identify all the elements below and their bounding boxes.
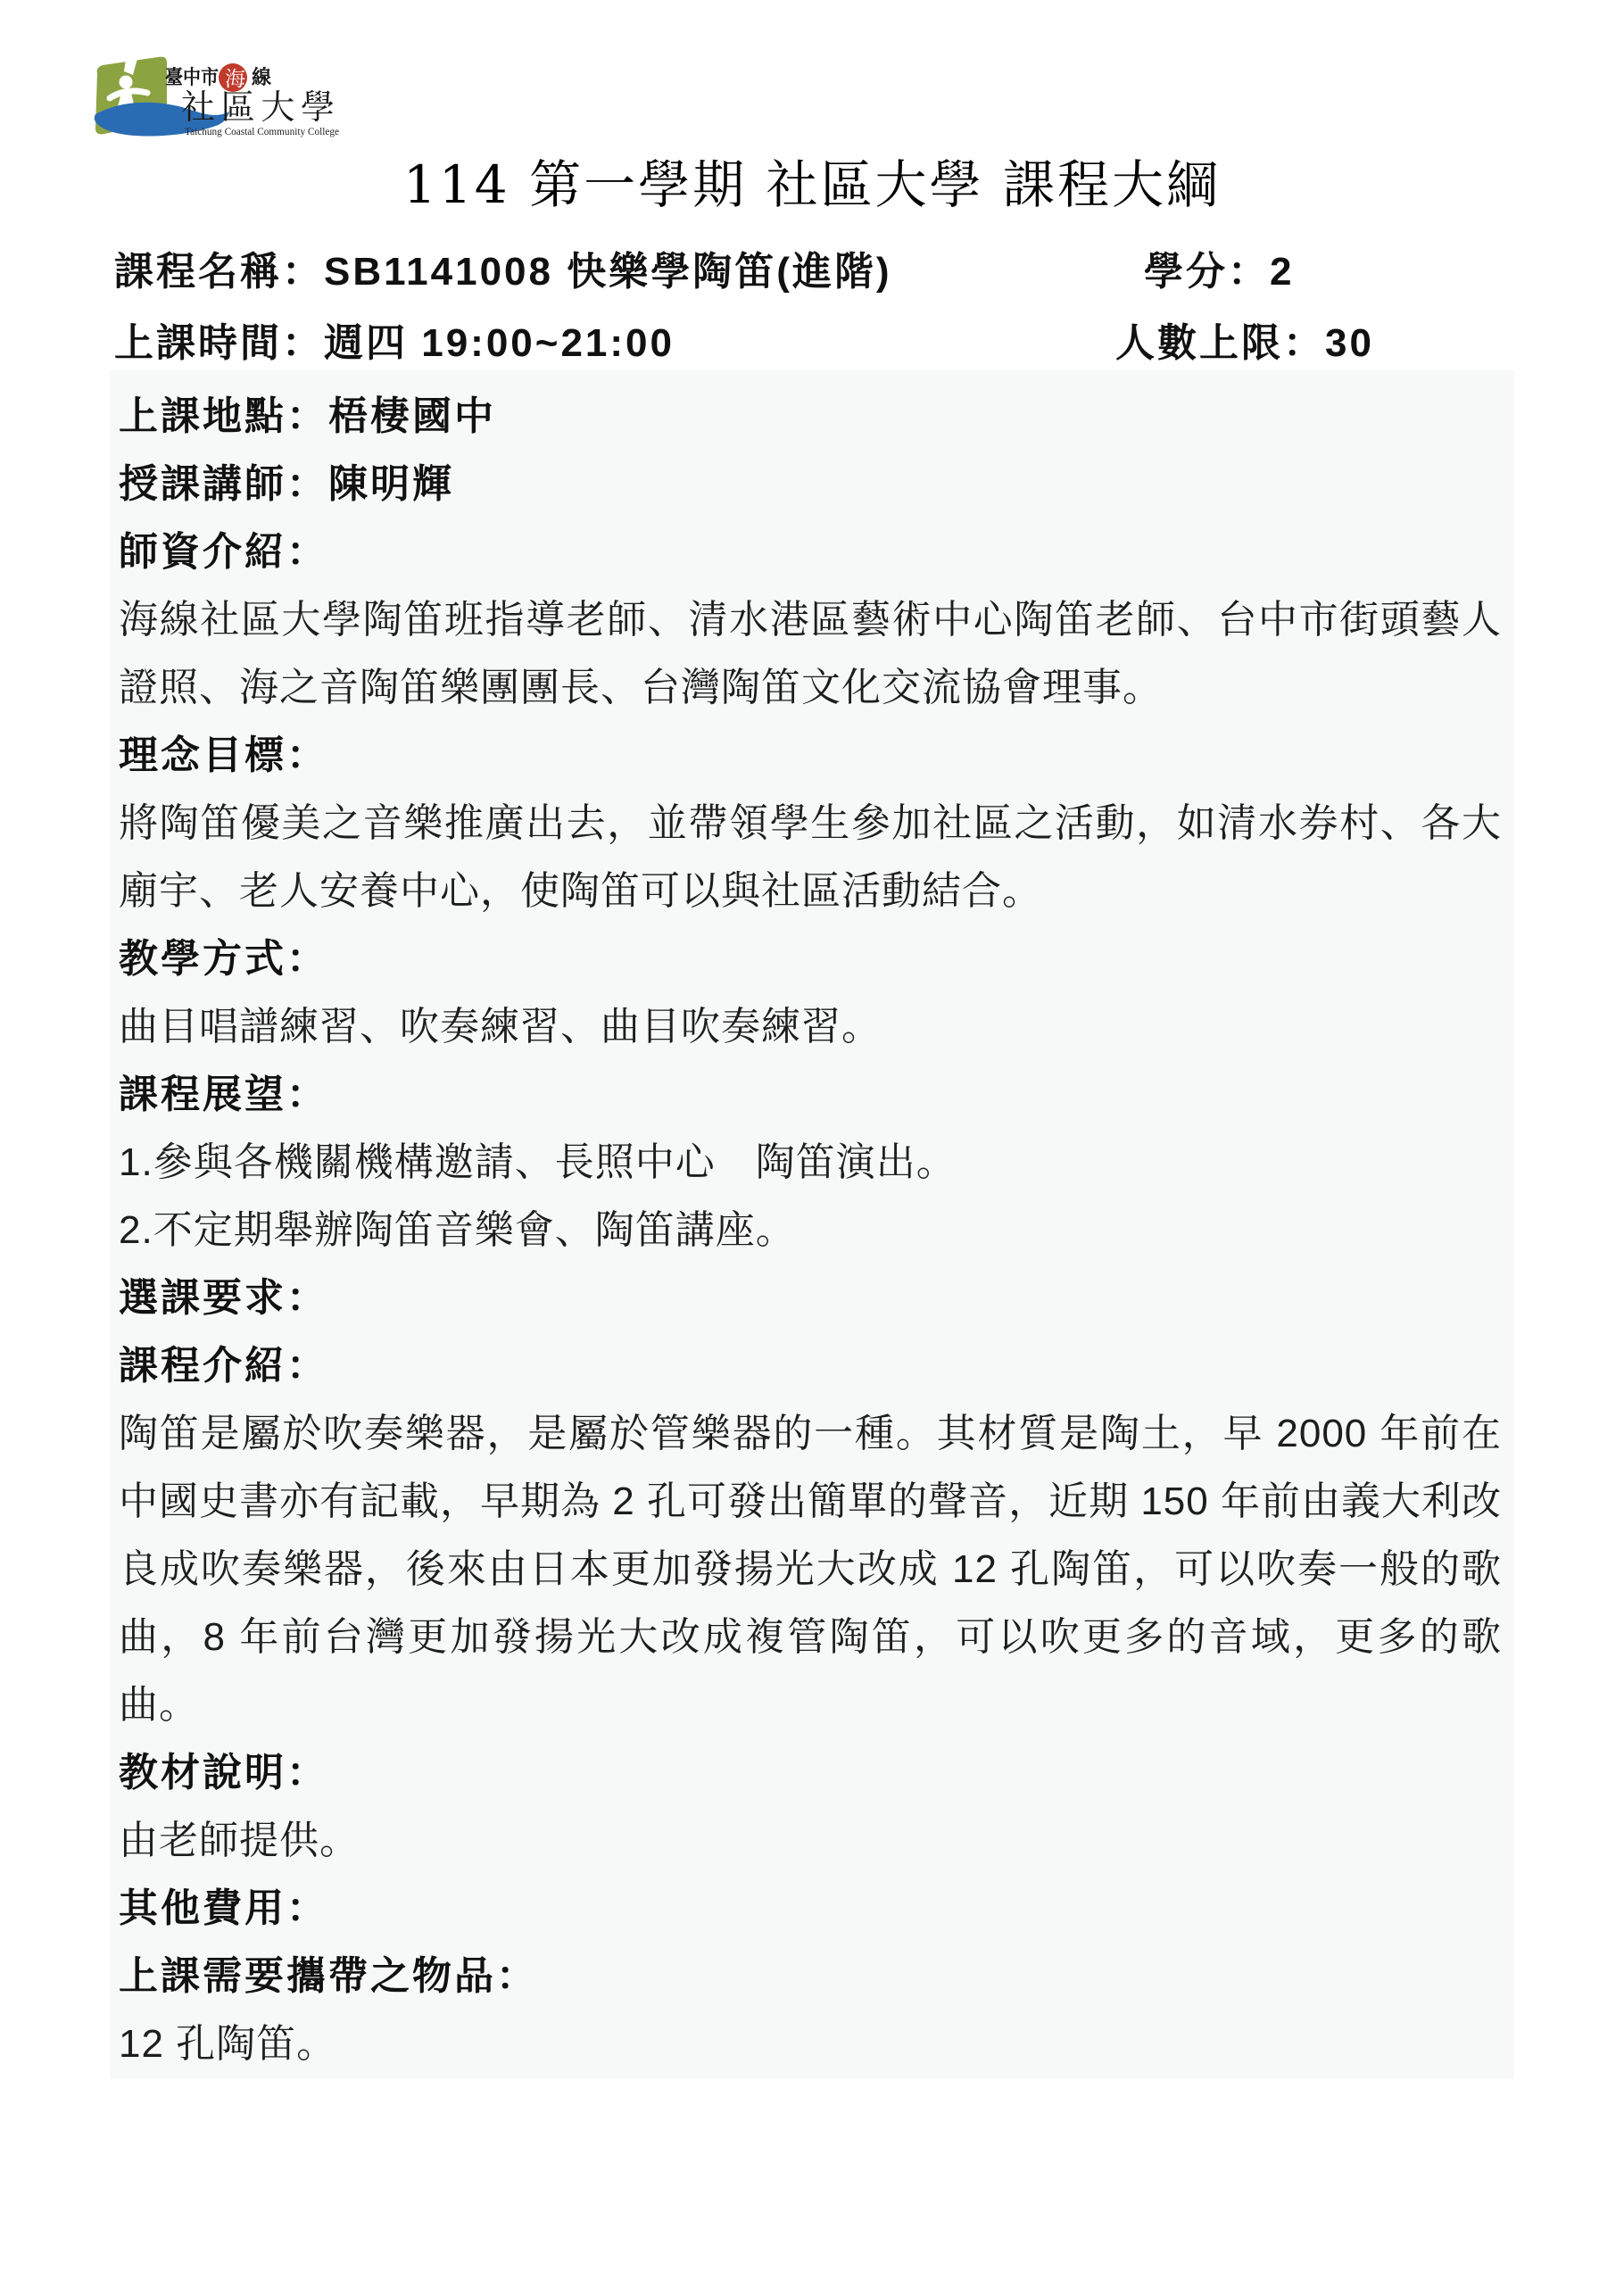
body-line-outlook-2: 2.不定期舉辦陶笛音樂會、陶笛講座。 bbox=[119, 1197, 1502, 1264]
capacity-cell: 人數上限：30 bbox=[1115, 308, 1374, 379]
course-name-row: 課程名稱：SB1141008 快樂學陶笛(進階) 學分：2 bbox=[114, 236, 1514, 308]
logo-city-text: 臺中市 bbox=[165, 66, 219, 88]
capacity-label: 人數上限： bbox=[1115, 321, 1325, 365]
body-line-method-heading: 教學方式： bbox=[119, 925, 1502, 993]
body-line-items: 12 孔陶笛。 bbox=[119, 2010, 1502, 2078]
body-line-location: 上課地點：梧棲國中 bbox=[119, 383, 1502, 451]
class-time-row: 上課時間：週四 19:00~21:00 人數上限：30 bbox=[114, 308, 1514, 379]
body-line-goal: 將陶笛優美之音樂推廣出去，並帶領學生參加社區之活動，如清水券村、各大廟宇、老人安… bbox=[119, 790, 1502, 925]
body-line-teacher-intro-heading: 師資介紹： bbox=[119, 518, 1502, 586]
credits-cell: 學分：2 bbox=[1115, 236, 1294, 308]
logo-person-head-icon bbox=[120, 76, 133, 89]
body-line-course-intro: 陶笛是屬於吹奏樂器，是屬於管樂器的一種。其材質是陶土，早 2000 年前在中國史… bbox=[119, 1400, 1502, 1739]
content-panel: 上課地點：梧棲國中 授課講師：陳明輝 師資介紹： 海線社區大學陶笛班指導老師、清… bbox=[110, 370, 1514, 2079]
class-time-value: 週四 19:00~21:00 bbox=[324, 321, 675, 365]
body-line-outlook-heading: 課程展望： bbox=[119, 1061, 1502, 1129]
body-line-instructor: 授課講師：陳明輝 bbox=[119, 451, 1502, 518]
logo-college-text: 社區大學 bbox=[181, 89, 335, 127]
class-time-label: 上課時間： bbox=[114, 321, 324, 365]
body-line-requirement-heading: 選課要求： bbox=[119, 1264, 1502, 1332]
body-line-other-fees-heading: 其他費用： bbox=[119, 1875, 1502, 1943]
body-line-items-heading: 上課需要攜帶之物品： bbox=[119, 1943, 1502, 2010]
capacity-value: 30 bbox=[1325, 321, 1374, 365]
body-line-course-intro-heading: 課程介紹： bbox=[119, 1332, 1502, 1400]
page-title: 114 第一學期 社區大學 課程大綱 bbox=[0, 159, 1624, 211]
logo-line-text: 線 bbox=[251, 66, 271, 88]
college-logo: 臺中市 海 線 社區大學 Taichung Coastal Community … bbox=[85, 36, 352, 138]
logo-seal-char: 海 bbox=[225, 68, 245, 90]
body-line-teacher-intro: 海線社區大學陶笛班指導老師、清水港區藝術中心陶笛老師、台中市街頭藝人證照、海之音… bbox=[119, 586, 1502, 722]
logo-english-text: Taichung Coastal Community College bbox=[185, 125, 339, 137]
body-line-outlook-1: 1.參與各機關機構邀請、長照中心 陶笛演出。 bbox=[119, 1129, 1502, 1197]
body-line-material: 由老師提供。 bbox=[119, 1807, 1502, 1875]
body-line-material-heading: 教材說明： bbox=[119, 1739, 1502, 1807]
course-info-section: 課程名稱：SB1141008 快樂學陶笛(進階) 學分：2 上課時間：週四 19… bbox=[114, 236, 1514, 379]
credits-value: 2 bbox=[1270, 250, 1294, 294]
body-line-goal-heading: 理念目標： bbox=[119, 722, 1502, 790]
course-name-value: SB1141008 快樂學陶笛(進階) bbox=[324, 250, 892, 294]
body-line-method: 曲目唱譜練習、吹奏練習、曲目吹奏練習。 bbox=[119, 993, 1502, 1061]
credits-label: 學分： bbox=[1144, 250, 1270, 294]
course-name-label: 課程名稱： bbox=[114, 250, 324, 294]
syllabus-page: { "logo": { "city_text": "臺中市", "sea_cha… bbox=[0, 0, 1624, 2296]
